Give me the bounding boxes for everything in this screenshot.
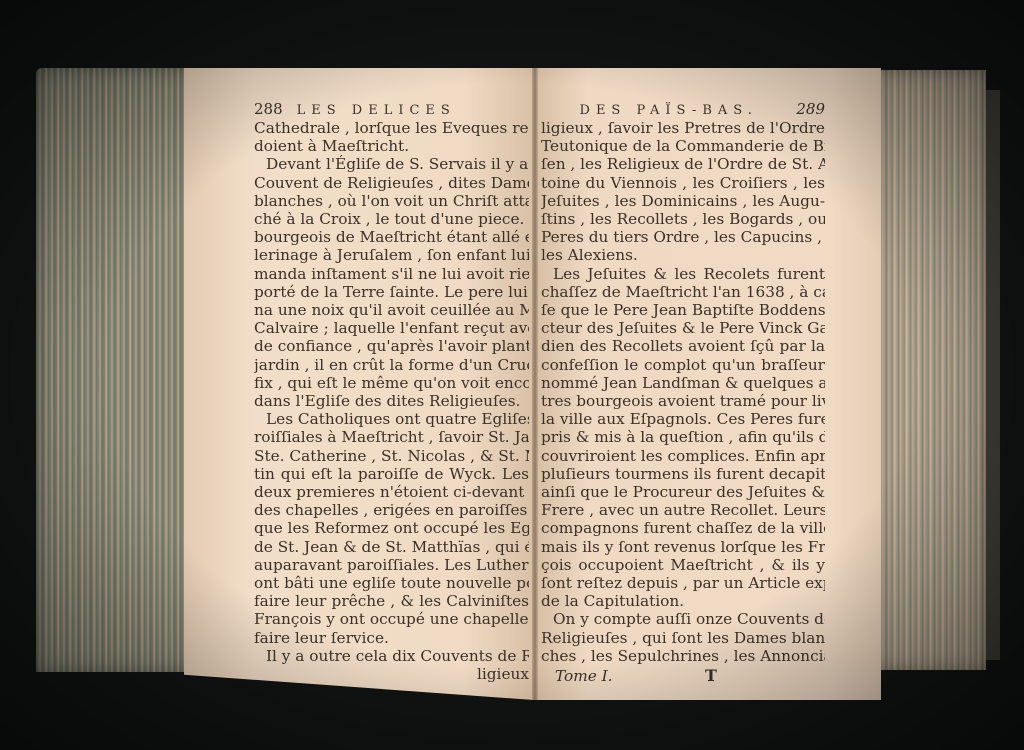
text-line: ſtins , les Recollets , les Bogards , ou: [541, 210, 825, 228]
text-line: jardin , il en crût la forme d'un Cruci-: [254, 356, 529, 374]
left-running-head: 288 LES DELICES: [254, 100, 529, 118]
text-line: ché à la Croix , le tout d'une piece. Un: [254, 210, 529, 228]
text-line: On y compte auſſi onze Couvents de: [541, 610, 825, 628]
text-line: doient à Maeſtricht.: [254, 137, 529, 155]
right-running-head: DES PAÏS-BAS. 289: [541, 100, 825, 118]
text-line: Les Catholiques ont quatre Egliſes pa-: [254, 410, 529, 428]
text-line: lerinage à Jeruſalem , ſon enfant lui de…: [254, 246, 529, 264]
text-line: couvriroient les complices. Enfin après: [541, 447, 825, 465]
text-line: dans l'Egliſe des dites Religieuſes.: [254, 392, 529, 410]
book-gutter: [532, 68, 538, 700]
text-line: nommé Jean Landſman & quelques au-: [541, 374, 825, 392]
text-line: porté de la Terre ſainte. Le pere lui do…: [254, 283, 529, 301]
text-line: ont bâti une egliſe toute nouvelle pour: [254, 574, 529, 592]
text-line: confeſſion le complot qu'un braſſeur: [541, 356, 825, 374]
right-page-block-edge: [876, 70, 986, 670]
text-line: Peres du tiers Ordre , les Capucins , &: [541, 228, 825, 246]
text-line: compagnons furent chaſſez de la ville ;: [541, 519, 825, 537]
text-line: faire leur prêche , & les Calviniſtes: [254, 592, 529, 610]
page-number: 289: [796, 100, 825, 118]
text-line: la ville aux Eſpagnols. Ces Peres furent: [541, 410, 825, 428]
text-line: ainſi que le Procureur des Jeſuites & un: [541, 483, 825, 501]
left-page-text: 288 LES DELICES Cathedrale , lorſque les…: [254, 100, 529, 683]
text-line: ches , les Sepulchrines , les Annoncia-: [541, 647, 825, 665]
running-head-title: DES PAÏS-BAS.: [541, 102, 796, 120]
text-line: pris & mis à la queſtion , afin qu'ils d…: [541, 428, 825, 446]
text-line: dien des Recollets avoient ſçû par la: [541, 337, 825, 355]
text-line: ſen , les Religieux de l'Ordre de St. An…: [541, 155, 825, 173]
text-line: de confiance , qu'après l'avoir plantée …: [254, 337, 529, 355]
text-line: deux premieres n'étoient ci-devant que: [254, 483, 529, 501]
signature-mark: T: [705, 667, 717, 685]
text-line: de St. Jean & de St. Matthïas , qui étoi…: [254, 538, 529, 556]
text-line: Ste. Catherine , St. Nicolas , & St. Mar…: [254, 447, 529, 465]
text-line: Cathedrale , lorſque les Eveques reſi-: [254, 119, 529, 137]
text-line: Couvent de Religieuſes , dites Dames: [254, 174, 529, 192]
text-line: ſe que le Pere Jean Baptiſte Boddens Re-: [541, 301, 825, 319]
text-line: toine du Viennois , les Croiſiers , les: [541, 174, 825, 192]
text-line: Frere , avec un autre Recollet. Leurs: [541, 501, 825, 519]
text-line: faire leur ſervice.: [254, 629, 529, 647]
text-line: na une noix qu'il avoit ceuillée au Mont: [254, 301, 529, 319]
text-line: Devant l'Égliſe de S. Servais il y a un: [254, 155, 529, 173]
text-line: mais ils y ſont revenus lorſque les Fran…: [541, 538, 825, 556]
page-footer: Tome I. T: [541, 667, 825, 685]
left-page-block-edge: [36, 68, 192, 672]
text-line: Calvaire ; laquelle l'enfant reçut avec …: [254, 319, 529, 337]
text-line: cteur des Jeſuites & le Pere Vinck Gar-: [541, 319, 825, 337]
text-line: Religieuſes , qui ſont les Dames blan-: [541, 629, 825, 647]
text-line: roiſſiales à Maeſtricht , ſavoir St. Jaq…: [254, 428, 529, 446]
text-line: tin qui eſt la paroiſſe de Wyck. Les: [254, 465, 529, 483]
text-line: des chapelles , erigées en paroiſſes , a…: [254, 501, 529, 519]
text-line: auparavant paroiſſiales. Les Lutheriens …: [254, 556, 529, 574]
text-line: chaſſez de Maeſtricht l'an 1638 , à cau-: [541, 283, 825, 301]
text-line: pluſieurs tourmens ils furent decapitez …: [541, 465, 825, 483]
text-line: Il y a outre cela dix Couvents de Re-: [254, 647, 529, 665]
page-number: 288: [254, 100, 283, 118]
text-line: çois occupoient Maeſtricht , & ils y: [541, 556, 825, 574]
text-line: François y ont occupé une chapelle pour: [254, 610, 529, 628]
text-line: Les Jeſuites & les Recolets furent: [541, 265, 825, 283]
running-head-title: LES DELICES: [283, 102, 529, 120]
text-line: blanches , où l'on voit un Chriſt atta-: [254, 192, 529, 210]
text-line: bourgeois de Maeſtricht étant allé en pe…: [254, 228, 529, 246]
text-line: ſont reſtez depuis , par un Article expr…: [541, 574, 825, 592]
text-line: tres bourgeois avoient tramé pour livrer: [541, 392, 825, 410]
text-line: que les Reformez ont occupé les Egliſes: [254, 519, 529, 537]
text-line: fix , qui eſt le même qu'on voit encore: [254, 374, 529, 392]
text-line: les Alexiens.: [541, 246, 825, 264]
text-line: Teutonique de la Commanderie de Bieſ-: [541, 137, 825, 155]
volume-label: Tome I.: [541, 667, 705, 685]
text-line: ligieux , ſavoir les Pretres de l'Ordre: [541, 119, 825, 137]
text-line: manda inſtament s'il ne lui avoit rien a…: [254, 265, 529, 283]
text-line: Jeſuites , les Dominicains , les Augu-: [541, 192, 825, 210]
text-line: de la Capitulation.: [541, 592, 825, 610]
right-page-text: DES PAÏS-BAS. 289 ligieux , ſavoir les P…: [541, 100, 825, 685]
catchword: ligieux: [254, 665, 529, 683]
